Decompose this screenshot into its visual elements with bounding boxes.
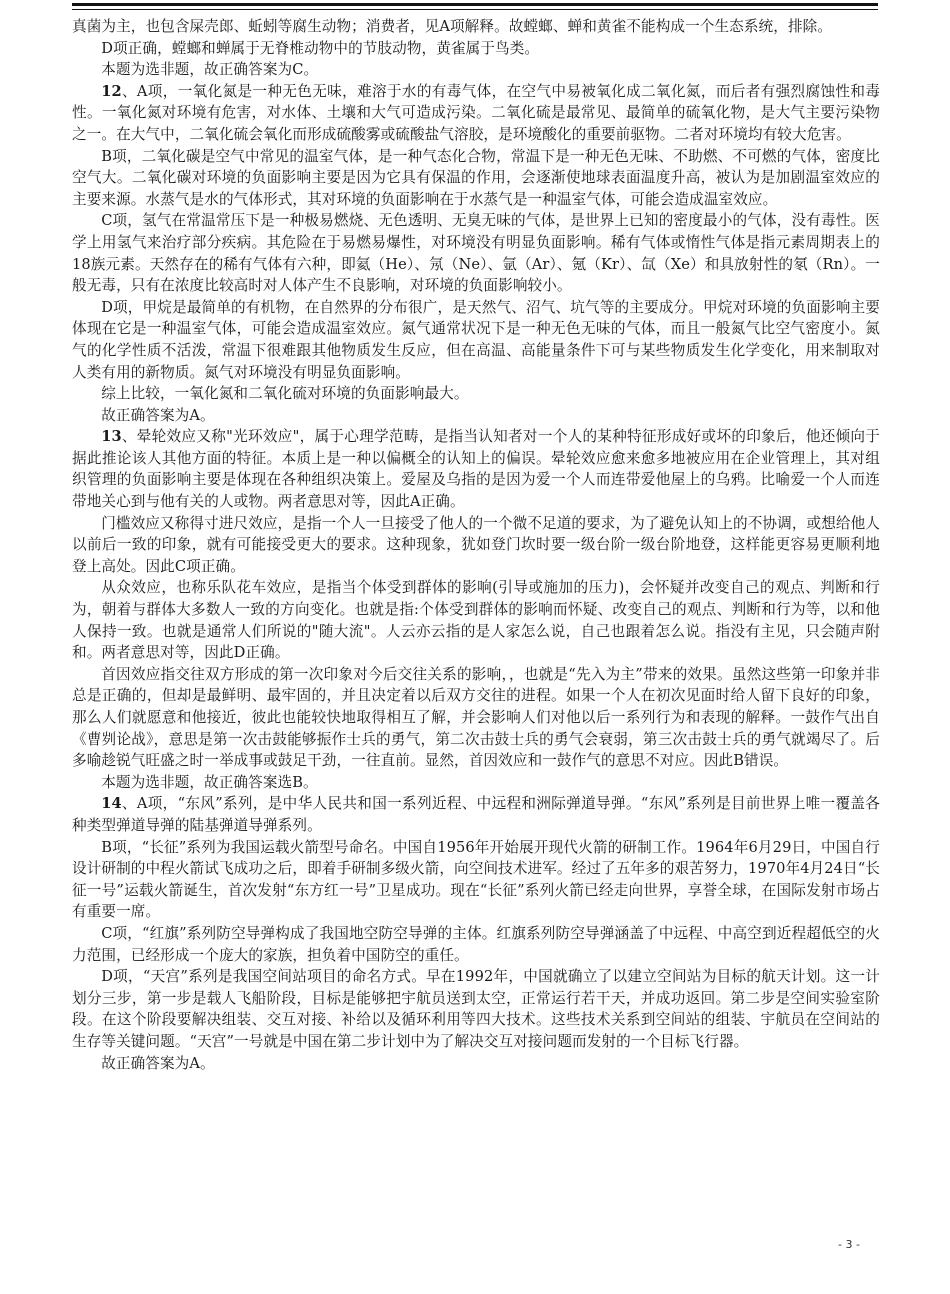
paragraph: 本题为选非题，故正确答案选B。 — [72, 772, 880, 794]
question-number: 14 — [101, 795, 122, 812]
header-rule-thick — [72, 3, 878, 6]
question-number: 12 — [101, 83, 122, 100]
question-paragraph: 13、晕轮效应又称"光环效应"，属于心理学范畴，是指当认知者对一个人的某种特征形… — [72, 426, 880, 512]
paragraph: 综上比较，一氧化氮和二氧化硫对环境的负面影响最大。 — [72, 383, 880, 405]
paragraph: C项，“红旗”系列防空导弹构成了我国地空防空导弹的主体。红旗系列防空导弹涵盖了中… — [72, 923, 880, 966]
paragraph-text: 、晕轮效应又称"光环效应"，属于心理学范畴，是指当认知者对一个人的某种特征形成好… — [72, 428, 880, 510]
paragraph: 首因效应指交往双方形成的第一次印象对今后交往关系的影响，，也就是“先入为主”带来… — [72, 664, 880, 772]
paragraph: B项，二氧化碳是空气中常见的温室气体，是一种气态化合物，常温下是一种无色无味、不… — [72, 146, 880, 211]
header-rule-thin — [72, 9, 878, 10]
paragraph: 真菌为主，也包含屎壳郎、蚯蚓等腐生动物；消费者，见A项解释。故螳螂、蝉和黄雀不能… — [72, 16, 880, 38]
paragraph: 本题为选非题，故正确答案为C。 — [72, 59, 880, 81]
paragraph-text: 、A项，一氧化氮是一种无色无味，难溶于水的有毒气体，在空气中易被氧化成二氧化氮，… — [72, 83, 880, 143]
paragraph: D项，“天宫”系列是我国空间站项目的命名方式。早在1992年，中国就确立了以建立… — [72, 966, 880, 1052]
question-paragraph: 14、A项，“东风”系列，是中华人民共和国一系列近程、中远程和洲际弹道导弹。“东… — [72, 793, 880, 836]
paragraph: 从众效应，也称乐队花车效应，是指当个体受到群体的影响(引导或施加的压力)，会怀疑… — [72, 577, 880, 663]
paragraph: C项，氢气在常温常压下是一种极易燃烧、无色透明、无臭无味的气体，是世界上已知的密… — [72, 210, 880, 296]
page-number: - 3 - — [838, 1238, 860, 1251]
question-paragraph: 12、A项，一氧化氮是一种无色无味，难溶于水的有毒气体，在空气中易被氧化成二氧化… — [72, 81, 880, 146]
paragraph: D项，甲烷是最简单的有机物，在自然界的分布很广，是天然气、沼气、坑气等的主要成分… — [72, 297, 880, 383]
paragraph: B项，“长征”系列为我国运载火箭型号命名。中国自1956年开始展开现代火箭的研制… — [72, 837, 880, 923]
paragraph: D项正确，螳螂和蝉属于无脊椎动物中的节肢动物，黄雀属于鸟类。 — [72, 38, 880, 60]
header-rule — [72, 3, 878, 12]
question-number: 13 — [101, 428, 122, 445]
paragraph: 门槛效应又称得寸进尺效应，是指一个人一旦接受了他人的一个微不足道的要求，为了避免… — [72, 513, 880, 578]
page-body: 真菌为主，也包含屎壳郎、蚯蚓等腐生动物；消费者，见A项解释。故螳螂、蝉和黄雀不能… — [72, 16, 880, 1074]
paragraph-text: 、A项，“东风”系列，是中华人民共和国一系列近程、中远程和洲际弹道导弹。“东风”… — [72, 795, 880, 834]
paragraph: 故正确答案为A。 — [72, 1053, 880, 1075]
paragraph: 故正确答案为A。 — [72, 405, 880, 427]
